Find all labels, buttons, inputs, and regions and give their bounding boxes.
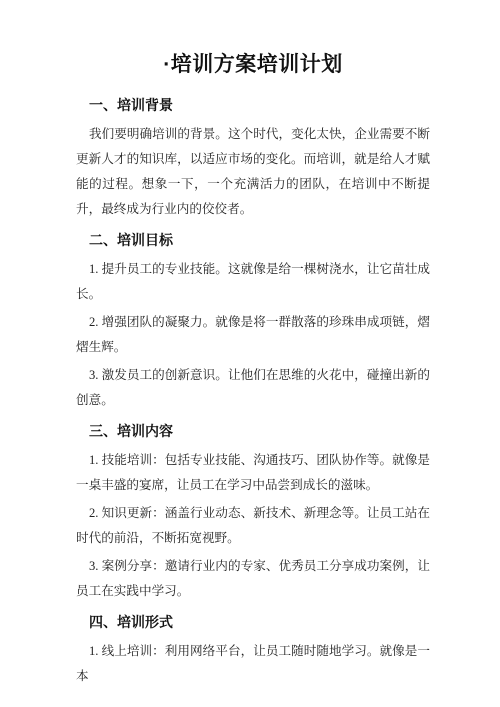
paragraph: 1. 提升员工的专业技能。这就像是给一棵树浇水，让它苗壮成长。 [76, 257, 430, 307]
document-title: ·培训方案培训计划 [76, 50, 430, 80]
paragraph: 2. 增强团队的凝聚力。就像是将一群散落的珍珠串成项链，熠熠生辉。 [76, 310, 430, 360]
section-training-background: 一、培训背景 我们要明确培训的背景。这个时代，变化太快，企业需要不断更新人才的知… [76, 93, 430, 222]
paragraph: 3. 激发员工的创新意识。让他们在思维的火花中，碰撞出新的创意。 [76, 363, 430, 413]
section-training-content: 三、培训内容 1. 技能培训：包括专业技能、沟通技巧、团队协作等。就像是一桌丰盛… [76, 419, 430, 604]
section-training-format: 四、培训形式 1. 线上培训：利用网络平台，让员工随时随地学习。就像是一本 [76, 610, 430, 689]
section-training-goals: 二、培训目标 1. 提升员工的专业技能。这就像是给一棵树浇水，让它苗壮成长。 2… [76, 228, 430, 413]
paragraph: 3. 案例分享：邀请行业内的专家、优秀员工分享成功案例，让员工在实践中学习。 [76, 554, 430, 604]
paragraph: 我们要明确培训的背景。这个时代，变化太快，企业需要不断更新人才的知识库，以适应市… [76, 122, 430, 222]
section-heading: 四、培训形式 [76, 610, 430, 635]
section-heading: 二、培训目标 [76, 228, 430, 253]
document-page: ·培训方案培训计划 一、培训背景 我们要明确培训的背景。这个时代，变化太快，企业… [0, 0, 500, 707]
paragraph: 1. 线上培训：利用网络平台，让员工随时随地学习。就像是一本 [76, 639, 430, 689]
paragraph: 1. 技能培训：包括专业技能、沟通技巧、团队协作等。就像是一桌丰盛的宴席，让员工… [76, 448, 430, 498]
paragraph: 2. 知识更新：涵盖行业动态、新技术、新理念等。让员工站在时代的前沿，不断拓宽视… [76, 501, 430, 551]
section-heading: 一、培训背景 [76, 93, 430, 118]
section-heading: 三、培训内容 [76, 419, 430, 444]
